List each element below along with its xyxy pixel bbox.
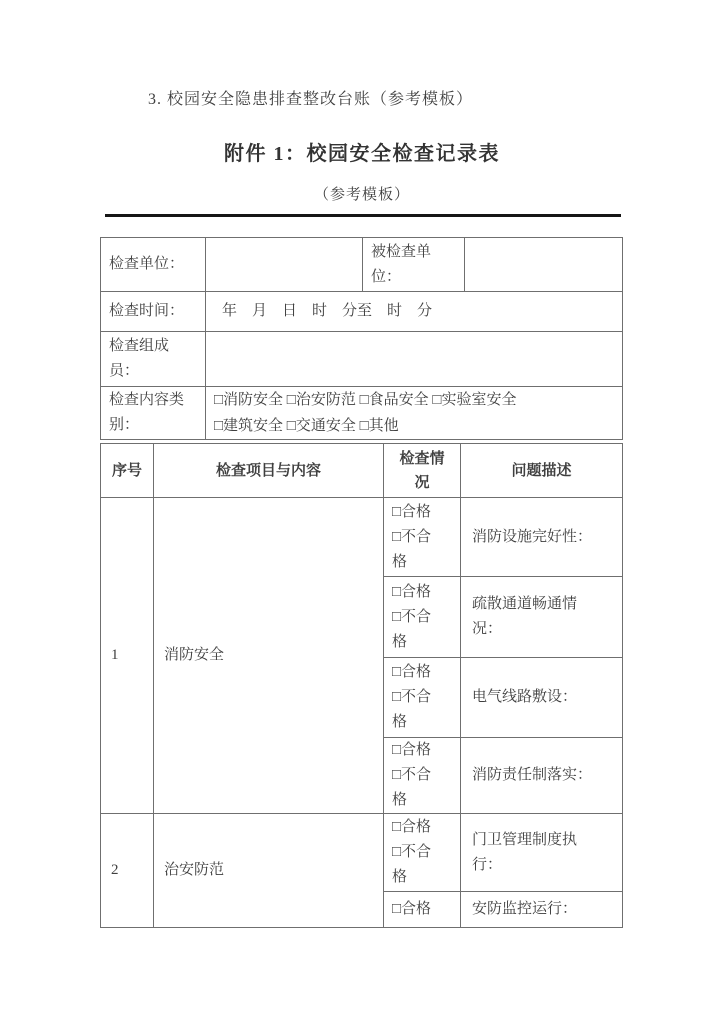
col-header-status: 检查情 况 <box>384 444 461 498</box>
divider-rule <box>105 214 621 217</box>
section-item-security: 治安防范 <box>154 814 384 928</box>
inspect-time-label: 检查时间： <box>101 292 206 332</box>
status-checkboxes: □合格 □不合 格 <box>384 498 461 577</box>
inspected-unit-label: 被检查单 位： <box>363 238 465 292</box>
table-row: 2 治安防范 □合格 □不合 格 门卫管理制度执 行： <box>101 814 623 892</box>
status-checkboxes: □合格 □不合 格 <box>384 738 461 814</box>
section-number: 1 <box>101 498 154 814</box>
doc-subtitle: （参考模板） <box>0 183 724 204</box>
inspect-time-value: 年 月 日 时 分至 时 分 <box>206 292 623 332</box>
problem-desc: 消防设施完好性： <box>461 498 623 577</box>
status-checkboxes: □合格 □不合 格 <box>384 814 461 892</box>
inspection-info-table: 检查单位： 被检查单 位： 检查时间： 年 月 日 时 分至 时 分 检查组成 … <box>100 237 623 440</box>
inspect-unit-label: 检查单位： <box>101 238 206 292</box>
inspect-team-value <box>206 332 623 387</box>
inspect-category-label: 检查内容类 别： <box>101 387 206 440</box>
problem-desc: 消防责任制落实： <box>461 738 623 814</box>
col-header-no: 序号 <box>101 444 154 498</box>
document-page: 3. 校园安全隐患排查整改台账（参考模板） 附件 1：校园安全检查记录表 （参考… <box>0 0 724 1024</box>
inspect-category-checkboxes: □消防安全 □治安防范 □食品安全 □实验室安全 □建筑安全 □交通安全 □其他 <box>206 387 623 440</box>
inspection-items-table: 序号 检查项目与内容 检查情 况 问题描述 1 消防安全 □合格 □不合 格 消… <box>100 443 623 928</box>
section-number: 2 <box>101 814 154 928</box>
inspect-team-label: 检查组成 员： <box>101 332 206 387</box>
table-row: 1 消防安全 □合格 □不合 格 消防设施完好性： <box>101 498 623 577</box>
col-header-item: 检查项目与内容 <box>154 444 384 498</box>
section-item-fire-safety: 消防安全 <box>154 498 384 814</box>
problem-desc: 电气线路敷设： <box>461 658 623 738</box>
col-header-desc: 问题描述 <box>461 444 623 498</box>
inspected-unit-value <box>465 238 623 292</box>
problem-desc: 疏散通道畅通情 况： <box>461 577 623 658</box>
status-checkboxes: □合格 □不合 格 <box>384 658 461 738</box>
status-checkboxes: □合格 □不合 格 <box>384 577 461 658</box>
problem-desc: 安防监控运行： <box>461 892 623 928</box>
problem-desc: 门卫管理制度执 行： <box>461 814 623 892</box>
doc-heading: 3. 校园安全隐患排查整改台账（参考模板） <box>148 86 473 109</box>
page-title: 附件 1：校园安全检查记录表 <box>0 137 724 166</box>
inspect-unit-value <box>206 238 363 292</box>
status-checkboxes: □合格 <box>384 892 461 928</box>
